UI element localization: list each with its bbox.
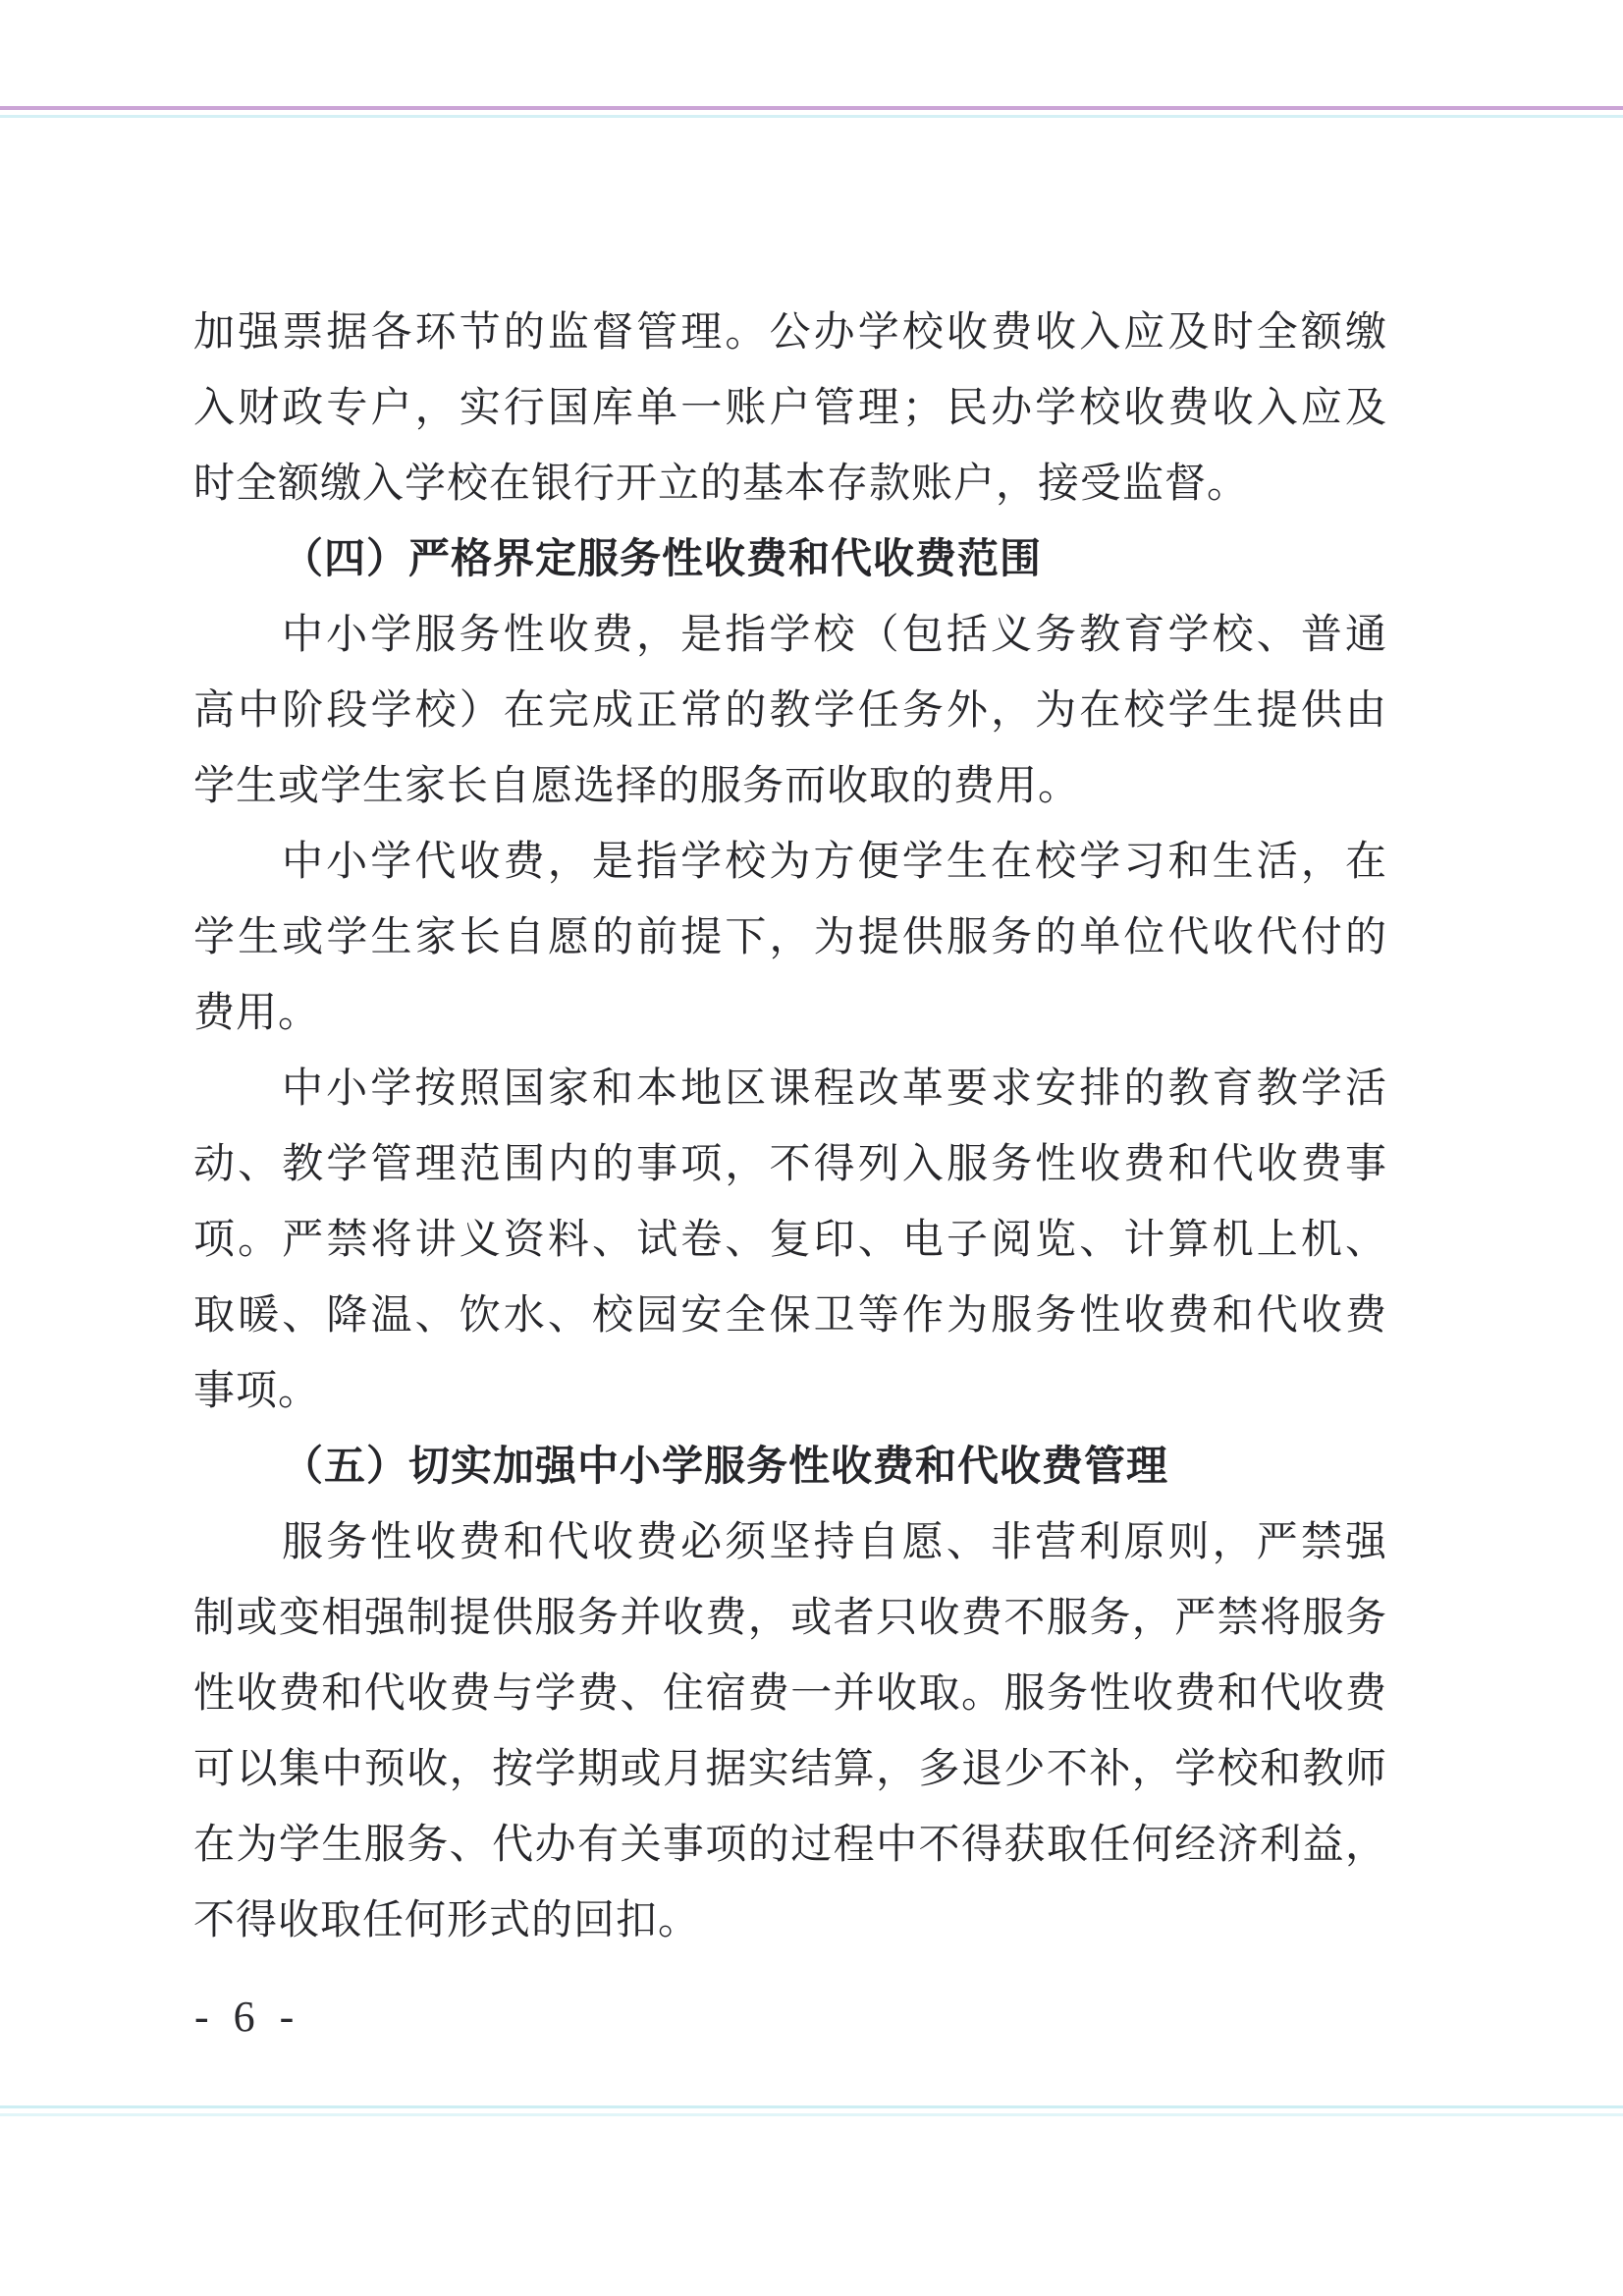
scanned-document-page: 加强票据各环节的监督管理。公办学校收费收入应及时全额缴入财政专户，实行国库单一账… [0,0,1623,2296]
text-line: 动、教学管理范围内的事项，不得列入服务性收费和代收费事 [193,1127,1387,1203]
text-line: 制或变相强制提供服务并收费，或者只收费不服务，严禁将服务 [193,1581,1387,1657]
text-line: 加强票据各环节的监督管理。公办学校收费收入应及时全额缴 [193,296,1387,371]
section-heading: （四）严格界定服务性收费和代收费范围 [193,522,1387,598]
text-line: 高中阶段学校）在完成正常的教学任务外，为在校学生提供由 [193,674,1387,749]
top-decor-line-primary [0,106,1623,110]
text-line: 学生或学生家长自愿选择的服务而收取的费用。 [193,749,1387,825]
page-number: - 6 - [194,1994,300,2041]
text-line: 事项。 [193,1354,1387,1430]
text-line: 中小学按照国家和本地区课程改革要求安排的教育教学活 [193,1052,1387,1127]
text-line: 服务性收费和代收费必须坚持自愿、非营利原则，严禁强 [193,1505,1387,1581]
bottom-decor-line-primary [0,2105,1623,2108]
text-line: 学生或学生家长自愿的前提下，为提供服务的单位代收代付的 [193,901,1387,976]
text-line: 性收费和代收费与学费、住宿费一并收取。服务性收费和代收费 [193,1657,1387,1732]
section-heading: （五）切实加强中小学服务性收费和代收费管理 [193,1430,1387,1505]
text-line: 中小学代收费，是指学校为方便学生在校学习和生活，在 [193,825,1387,901]
text-line: 取暖、降温、饮水、校园安全保卫等作为服务性收费和代收费 [193,1279,1387,1354]
text-line: 时全额缴入学校在银行开立的基本存款账户，接受监督。 [193,447,1387,522]
text-line: 在为学生服务、代办有关事项的过程中不得获取任何经济利益， [193,1808,1387,1884]
text-line: 入财政专户，实行国库单一账户管理；民办学校收费收入应及 [193,371,1387,447]
text-line: 项。严禁将讲义资料、试卷、复印、电子阅览、计算机上机、 [193,1203,1387,1279]
text-line: 可以集中预收，按学期或月据实结算，多退少不补，学校和教师 [193,1732,1387,1808]
document-body: 加强票据各环节的监督管理。公办学校收费收入应及时全额缴入财政专户，实行国库单一账… [193,296,1387,1959]
text-line: 中小学服务性收费，是指学校（包括义务教育学校、普通 [193,598,1387,674]
text-line: 费用。 [193,976,1387,1052]
bottom-decor-line-secondary [0,2113,1623,2116]
text-line: 不得收取任何形式的回扣。 [193,1884,1387,1959]
top-decor-line-secondary [0,115,1623,118]
